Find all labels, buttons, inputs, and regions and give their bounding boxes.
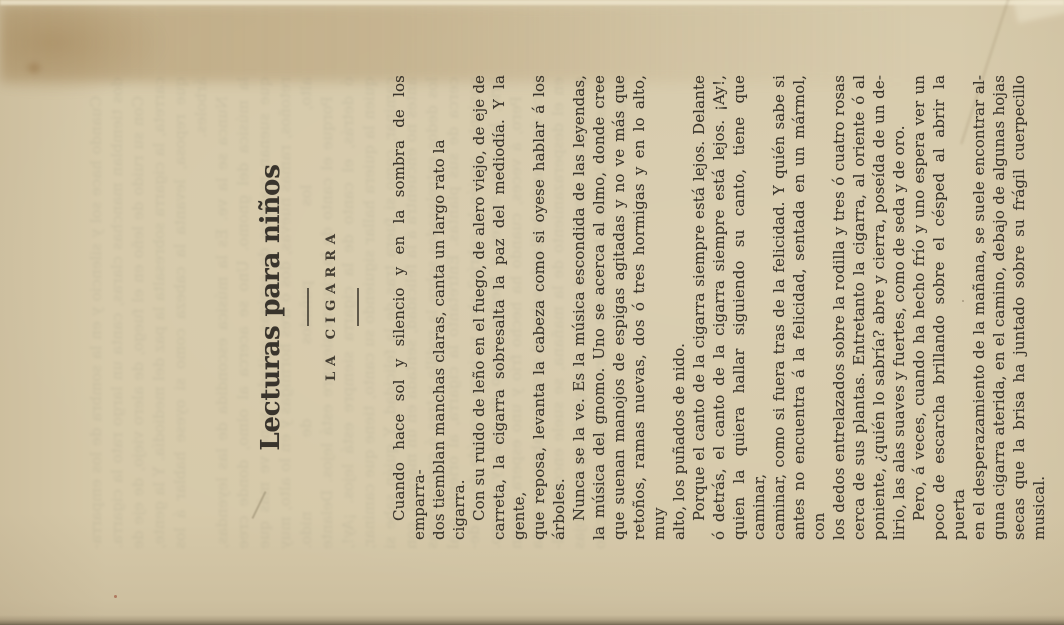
text-line: musical. [1029,75,1049,540]
page-bottom-edge [0,615,1064,625]
text-line: dos tiemblan manchas claras, canta un la… [429,75,469,540]
text-line: ó detrás, el canto de la cigarra siempre… [709,75,729,540]
ghost-text-line: que reposa, levanta la cabeza como si oy… [170,77,191,549]
text-line: Porque el canto de la cigarra siempre es… [689,75,709,540]
ghost-text-line: ó detrás, el canto de la cigarra siempre… [338,77,359,549]
text-line: lirio, las alas suaves y fuertes, como d… [889,75,909,540]
ghost-text-line: la música del gnomo. Uno se acerca al ol… [233,77,254,549]
text-line: poco de escarcha brillando sobre el césp… [929,75,969,540]
text-line: árboles. [549,75,569,540]
text-line: los dedos entrelazados sobre la rodilla … [829,75,849,540]
body-text: Cuando hace sol y silencio y en la sombr… [389,75,1049,540]
ghost-text-line: quien la quiera hallar siguiendo su cant… [359,77,380,549]
text-line: cerca de sus plantas. Entretanto la ciga… [849,75,869,540]
text-line: guna cigarra aterida, en el camino, deba… [989,75,1009,540]
section-divider-rule [357,288,359,326]
section-title: LA CIGARRA [324,70,339,545]
text-line: que reposa, levanta la cabeza como si oy… [529,75,549,540]
text-line: secas que la brisa ha juntado sobre su f… [1009,75,1029,540]
ghost-text-line: Nunca se la ve. Es la música escondida d… [212,77,233,549]
ghost-text-line: carreta, la cigarra sobresalta la paz de… [149,77,170,549]
text-line: Nunca se la ve. Es la música escondida d… [569,75,589,540]
ghost-text-line: Cuando hace sol y silencio y en la sombr… [86,77,107,549]
text-line: la música del gnomo. Uno se acerca al ol… [589,75,609,540]
text-line: quien la quiera hallar siguiendo su cant… [729,75,769,540]
ghost-text-line: dos tiemblan manchas claras, canta un la… [107,77,128,549]
text-line: caminar, como si fuera tras de la felici… [769,75,789,540]
text-line: en el desperazamiento de la mañana, se s… [969,75,989,540]
title-divider-rule [307,288,309,326]
scanned-book-page: Cuando hace sol y silencio y en la sombr… [0,0,1064,625]
text-line: Cuando hace sol y silencio y en la sombr… [389,75,429,540]
text-line: poniente, ¿quién lo sabría? abre y cierr… [869,75,889,540]
text-line: alto, los puñados de nido. [669,75,689,540]
ghost-text-line: árboles. [191,77,212,549]
text-line: Pero, á veces, cuando ha hecho frío y un… [909,75,929,540]
text-line: retoños, ramas nuevas, dos ó tres hormig… [629,75,669,540]
text-line: que suenan manojos de espigas agitadas y… [609,75,629,540]
text-line: Con su ruido de leño en el fuego, de ale… [469,75,489,540]
ghost-text-line: Con su ruido de leño en el fuego, de ale… [128,77,149,549]
page-title: Lecturas para niños [256,70,286,545]
text-line: antes no encuentra á la felicidad, senta… [789,75,829,540]
book-page: Cuando hace sol y silencio y en la sombr… [0,0,1064,625]
text-line: carreta, la cigarra sobresalta la paz de… [489,75,529,540]
